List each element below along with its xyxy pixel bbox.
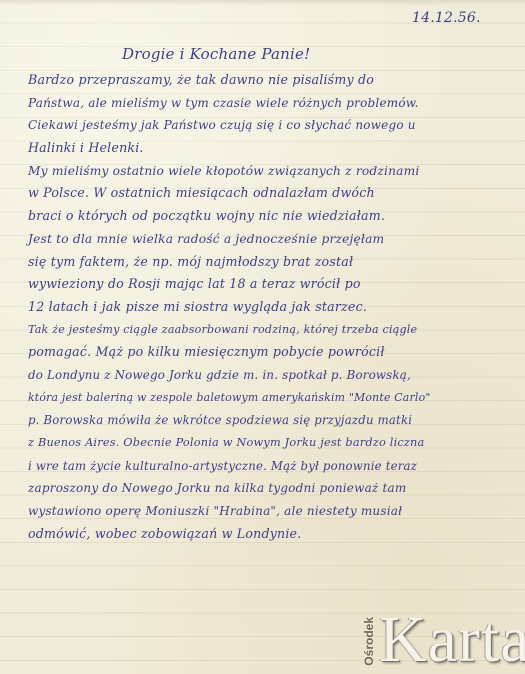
letter-line: 12 latach i jak pisze mi siostra wygląda… bbox=[28, 296, 525, 319]
letter-line: i wre tam życie kulturalno-artystyczne. … bbox=[28, 455, 525, 478]
letter-line: Ciekawi jesteśmy jak Państwo czują się i… bbox=[28, 114, 525, 137]
letter-line: Państwa, ale mieliśmy w tym czasie wiele… bbox=[28, 92, 525, 115]
letter-line: wystawiono operę Moniuszki "Hrabina", al… bbox=[28, 500, 525, 523]
letter-line: do Londynu z Nowego Jorku gdzie m. in. s… bbox=[28, 364, 525, 387]
letter-line: Tak że jesteśmy ciągle zaabsorbowani rod… bbox=[28, 319, 525, 342]
letter-line: braci o których od początku wojny nic ni… bbox=[28, 205, 525, 228]
watermark-big-text: Karta bbox=[379, 610, 525, 670]
letter-salutation: Drogie i Kochane Panie! bbox=[122, 45, 310, 63]
letter-line: pomagać. Mąż po kilku miesięcznym pobyci… bbox=[28, 341, 525, 364]
letter-line: w Polsce. W ostatnich miesiącach odnalaz… bbox=[28, 182, 525, 205]
letter-line: p. Borowska mówiła że wkrótce spodziewa … bbox=[28, 409, 525, 432]
letter-date: 14.12.56. bbox=[412, 10, 481, 26]
letter-line: Jest to dla mnie wielka radość a jednocz… bbox=[28, 228, 525, 251]
letter-line: się tym faktem, że np. mój najmłodszy br… bbox=[28, 251, 525, 274]
letter-page: 14.12.56. Drogie i Kochane Panie! Bardzo… bbox=[0, 0, 525, 674]
letter-line: z Buenos Aires. Obecnie Polonia w Nowym … bbox=[28, 432, 525, 455]
letter-line: Bardzo przepraszamy, że tak dawno nie pi… bbox=[28, 69, 525, 92]
letter-line: Halinki i Helenki. bbox=[28, 137, 525, 160]
karta-watermark-logo: Ośrodek Karta bbox=[362, 604, 525, 670]
letter-line: zaproszony do Nowego Jorku na kilka tygo… bbox=[28, 477, 525, 500]
letter-line: która jest baleriną w zespole baletowym … bbox=[28, 387, 525, 410]
letter-line: My mieliśmy ostatnio wiele kłopotów zwią… bbox=[28, 160, 525, 183]
watermark-small-text: Ośrodek bbox=[362, 617, 376, 666]
letter-body: Bardzo przepraszamy, że tak dawno nie pi… bbox=[28, 69, 525, 545]
letter-line: wywieziony do Rosji mając lat 18 a teraz… bbox=[28, 273, 525, 296]
letter-line: odmówić, wobec zobowiązań w Londynie. bbox=[28, 523, 525, 546]
paper-fold-shadow bbox=[0, 0, 525, 6]
